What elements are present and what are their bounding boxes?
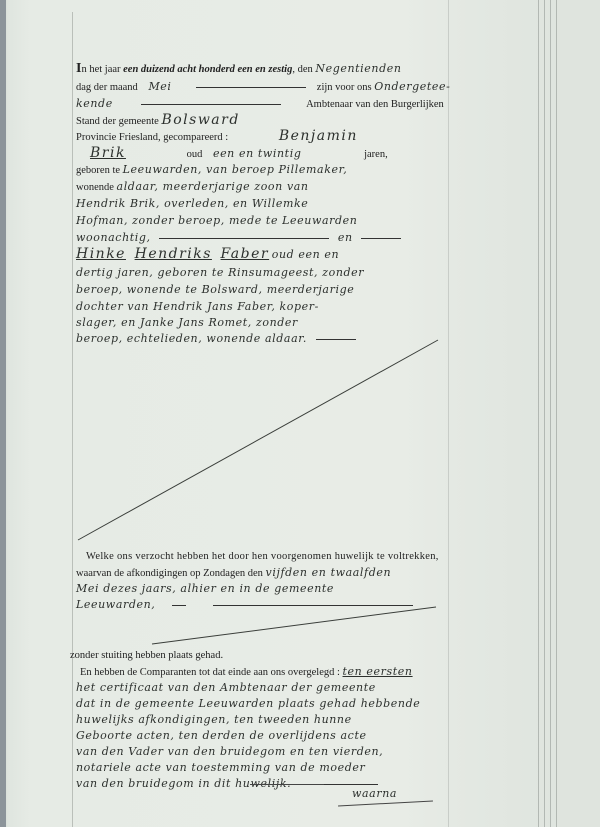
- binding-shade: [558, 0, 600, 827]
- proclamation-cancel-line: [150, 600, 450, 650]
- fill-line: [159, 238, 329, 239]
- fill-line: [361, 238, 401, 239]
- scan-left-edge: [0, 0, 6, 827]
- catchword-underline: [338, 801, 433, 807]
- groom-parents-line-2: Hofman, zonder beroep, mede te Leeuwarde…: [76, 214, 357, 227]
- bride-line-4: dochter van Hendrik Jans Faber, koper-: [76, 300, 319, 313]
- intro-line-4: Stand der gemeente Bolsward: [76, 114, 240, 128]
- documents-line-4: huwelijks afkondigingen, ten tweeden hun…: [76, 713, 352, 726]
- printed-text: jaren,: [364, 149, 388, 160]
- year-text: een duizend acht honderd een en zestig: [123, 64, 292, 75]
- month-field: Mei: [148, 80, 171, 93]
- blank-space-cancel-line: [76, 338, 446, 548]
- intro-line-3: kende Ambtenaar van den Burgerlijken: [76, 97, 444, 111]
- intro-line-2: dag der maand Mei zijn voor ons Onderget…: [76, 80, 450, 94]
- groom-birth-occupation: Leeuwarden, van beroep Pillemaker,: [123, 163, 348, 176]
- printed-text: wonende: [76, 182, 114, 193]
- intro-line-1: In het jaar een duizend acht honderd een…: [76, 62, 402, 76]
- bride-last-name: Faber: [221, 246, 270, 262]
- proclamation-line-1: Welke ons verzocht hebben het door hen v…: [86, 550, 439, 563]
- proclamation-place: Leeuwarden,: [76, 598, 155, 611]
- catchword-next-page: waarna: [352, 787, 397, 800]
- official-field-2: kende: [76, 97, 113, 110]
- handwritten-text: woonachtig,: [76, 231, 151, 244]
- printed-text: waarvan de afkondigingen op Zondagen den: [76, 568, 263, 579]
- documents-line-6: van den Vader van den bruidegom en ten v…: [76, 745, 383, 758]
- intro-line-7: geboren te Leeuwarden, van beroep Pillem…: [76, 163, 347, 177]
- municipality-field: Bolsward: [161, 112, 239, 128]
- groom-age: een en twintig: [213, 147, 302, 160]
- book-binding-edge: [536, 0, 558, 827]
- documents-line-8: van den bruidegom in dit huwelijk.: [76, 777, 378, 791]
- right-margin-rule: [448, 0, 449, 827]
- official-field-1: Ondergetee-: [374, 80, 450, 93]
- register-page: In het jaar een duizend acht honderd een…: [0, 0, 600, 827]
- fill-line: [196, 87, 306, 88]
- handwritten-text: oud een en: [272, 248, 339, 261]
- printed-text: Stand der gemeente: [76, 116, 159, 127]
- bride-middle-name: Hendriks: [135, 246, 212, 262]
- intro-line-6: Brik oud een en twintig jaren,: [90, 147, 388, 161]
- bride-first-name: Hinke: [76, 246, 126, 262]
- printed-text: geboren te: [76, 165, 120, 176]
- printed-text: zijn voor ons: [317, 82, 372, 93]
- bride-line-2: dertig jaren, geboren te Rinsumageest, z…: [76, 266, 364, 279]
- closing-line-1: zonder stuiting hebben plaats gehad.: [70, 649, 223, 662]
- left-margin-rule: [72, 12, 73, 827]
- printed-text: , den: [292, 64, 312, 75]
- documents-first: ten eersten: [343, 665, 413, 678]
- intro-line-5: Provincie Friesland, gecompareerd : Benj…: [76, 130, 358, 144]
- proclamation-line-2: waarvan de afkondigingen op Zondagen den…: [76, 566, 391, 580]
- printed-text: n het jaar: [81, 64, 120, 75]
- printed-text: dag der maand: [76, 82, 138, 93]
- groom-parents-line-1: Hendrik Brik, overleden, en Willemke: [76, 197, 308, 210]
- printed-text: Ambtenaar van den Burgerlijken: [306, 99, 444, 110]
- groom-last-name: Brik: [90, 145, 126, 161]
- proclamation-line-3: Mei dezes jaars, alhier en in de gemeent…: [76, 582, 334, 595]
- printed-text: oud: [187, 149, 203, 160]
- bride-line-5: slager, en Janke Jans Romet, zonder: [76, 316, 298, 329]
- documents-line-2: het certificaat van den Ambtenaar der ge…: [76, 681, 376, 694]
- documents-line-5: Geboorte acten, ten derden de overlijden…: [76, 729, 367, 742]
- fill-line: [141, 104, 281, 105]
- and-mark: en: [338, 231, 353, 244]
- proclamation-dates: vijfden en twaalfden: [266, 566, 392, 579]
- groom-first-name: Benjamin: [279, 128, 358, 144]
- fill-line: [250, 784, 324, 785]
- groom-residence: aldaar, meerderjarige zoon van: [117, 180, 309, 193]
- bride-line-1: Hinke Hendriks Faber oud een en: [76, 248, 339, 262]
- documents-line-7: notariele acte van toestemming van de mo…: [76, 761, 365, 774]
- groom-parents-line-3: woonachtig, en: [76, 231, 401, 245]
- printed-text: Provincie Friesland, gecompareerd :: [76, 132, 228, 143]
- bride-line-3: beroep, wonende te Bolsward, meerderjari…: [76, 283, 354, 296]
- documents-line-3: dat in de gemeente Leeuwarden plaats geh…: [76, 697, 420, 710]
- printed-text: En hebben de Comparanten tot dat einde a…: [80, 667, 340, 678]
- intro-line-8: wonende aldaar, meerderjarige zoon van: [76, 180, 309, 194]
- closing-line-2: En hebben de Comparanten tot dat einde a…: [80, 665, 413, 679]
- day-field: Negentienden: [315, 62, 401, 75]
